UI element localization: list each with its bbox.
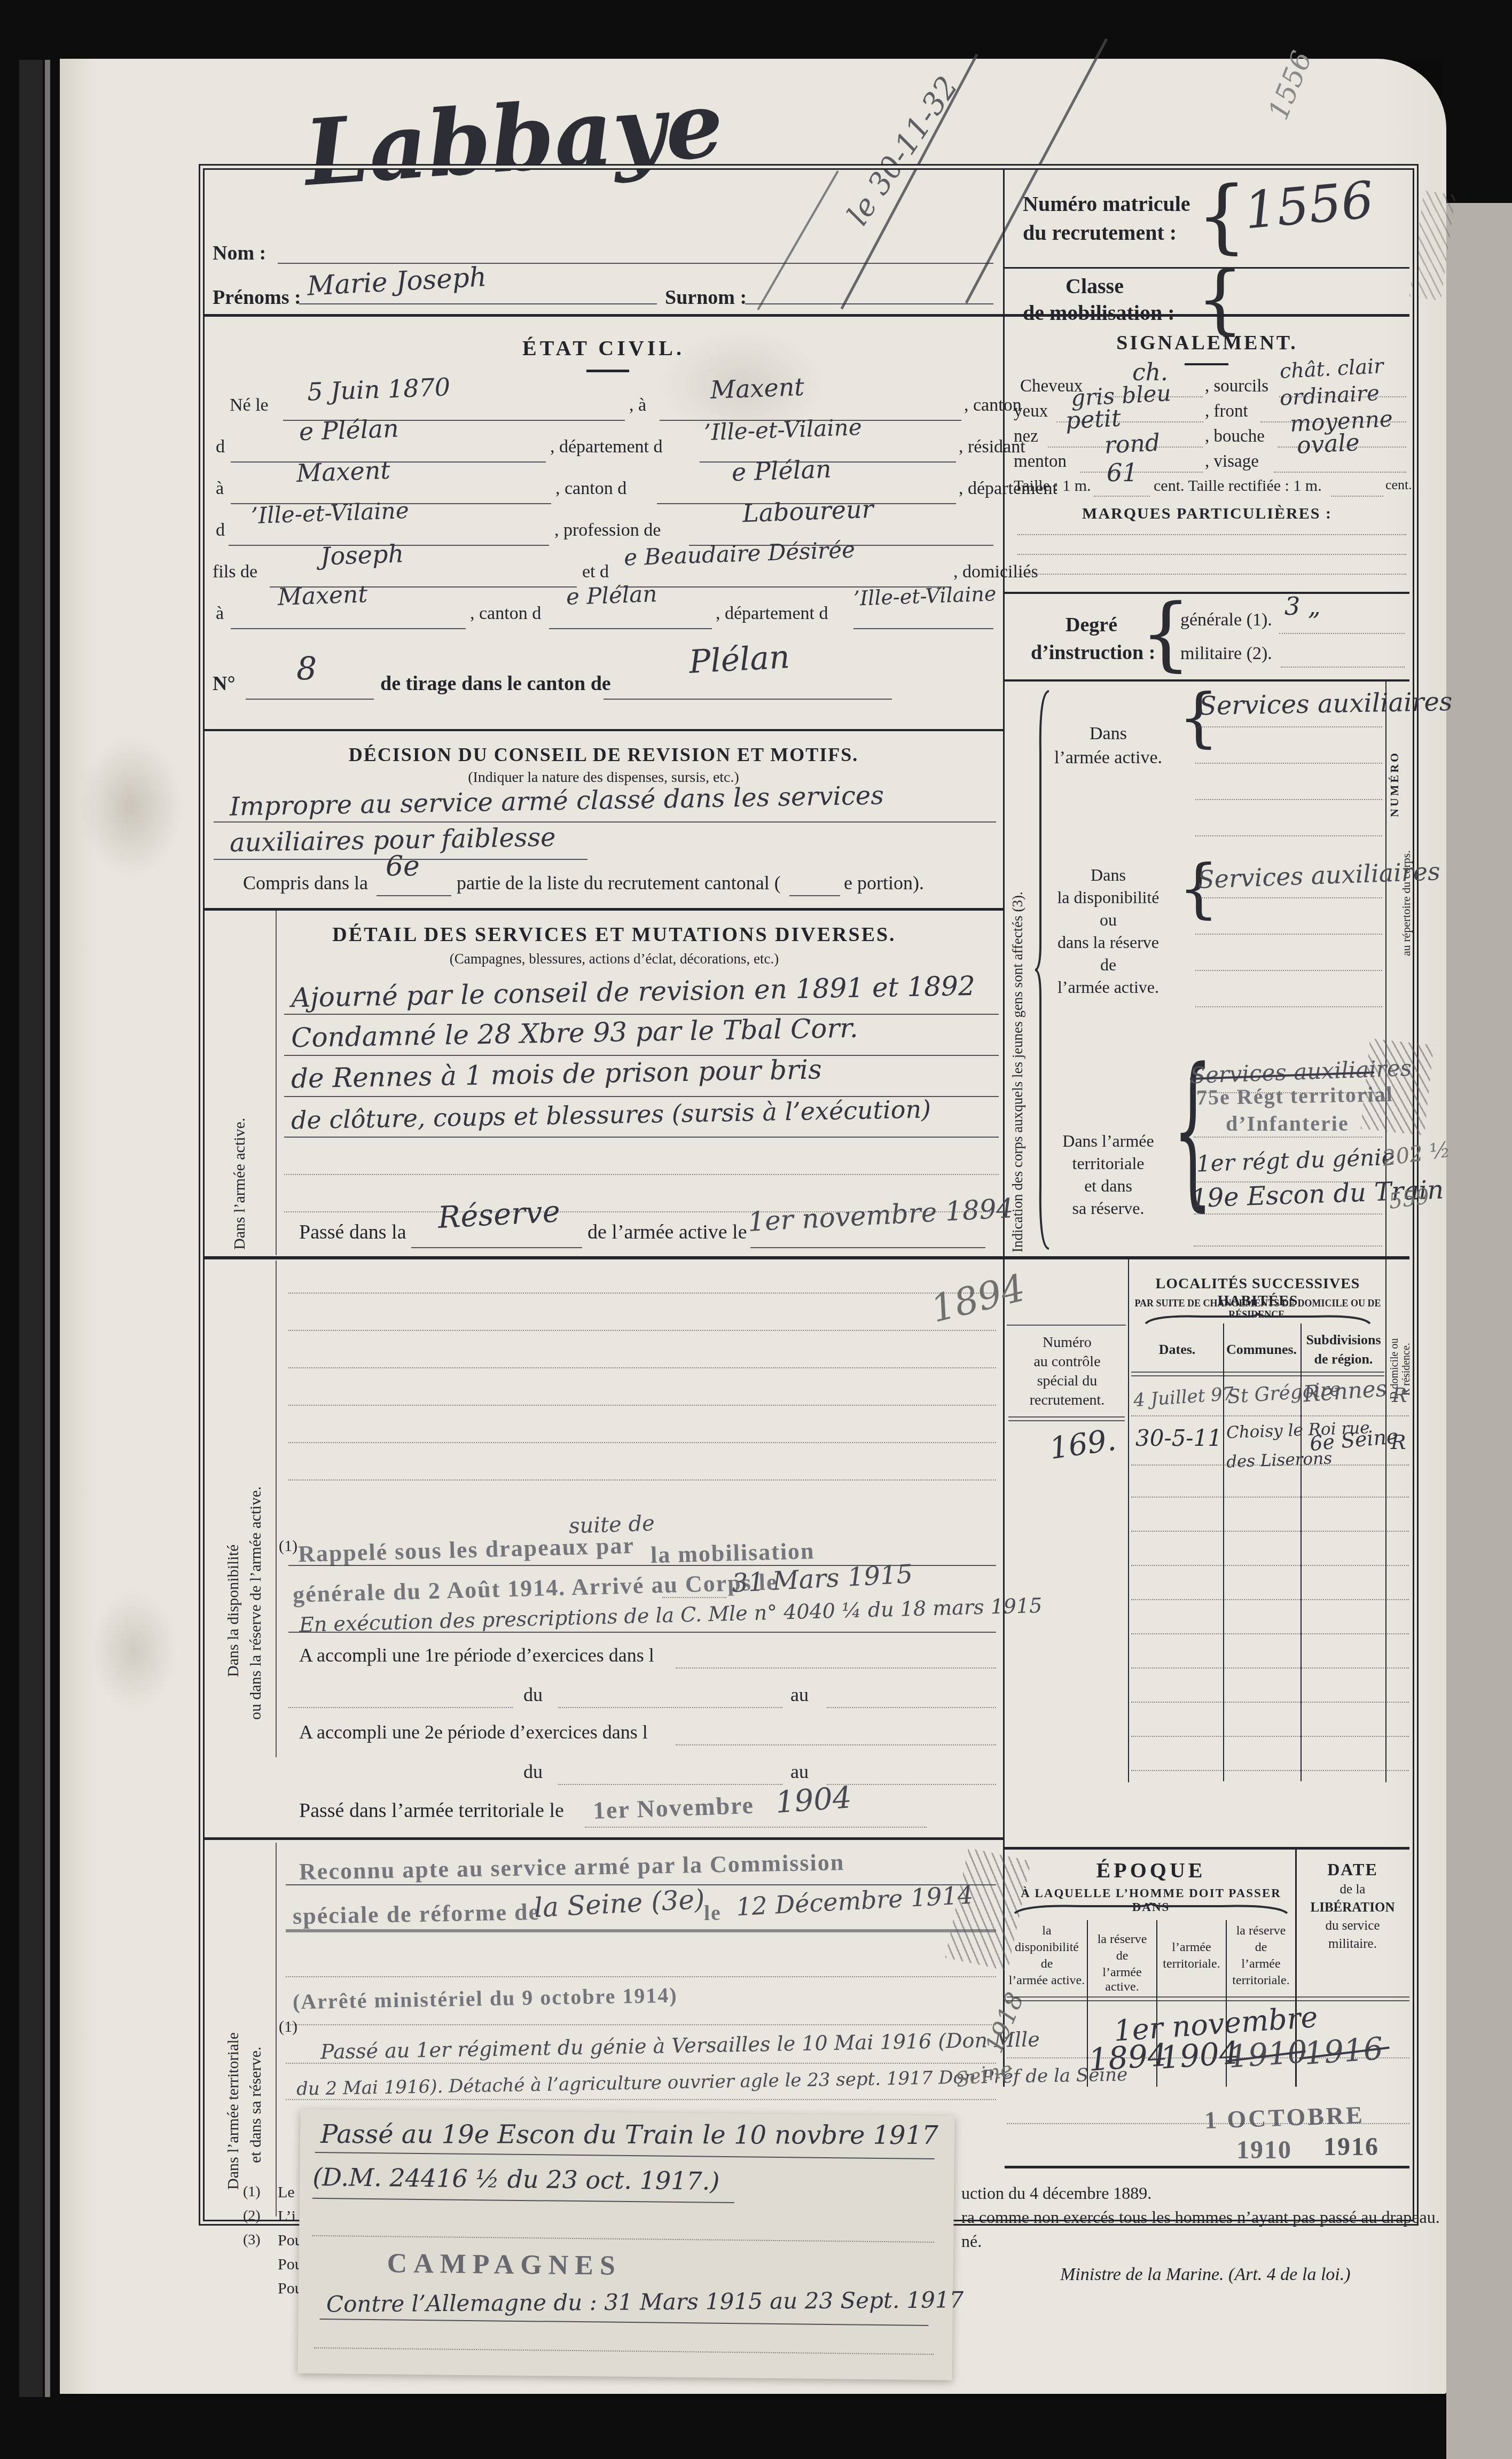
field-line [585,1827,927,1828]
ec-r6-value2: e Plélan [566,581,657,610]
scan-bottom-black-band [0,2397,1512,2459]
passe-reserve-label-2: de l’armée active le [587,1220,747,1244]
slip-campagne-line: Contre l’Allemagne du : 31 Mars 1915 au … [326,2286,964,2317]
classe-brace: { [1196,266,1244,333]
ec-r5-label: fils de [213,562,257,582]
field-line [284,1055,999,1056]
blank-line [284,1174,999,1175]
front-value: ordinaire [1279,381,1380,411]
row-line [1007,2057,1409,2058]
localites-row1-dr: R [1392,1383,1407,1407]
epoque-bottom-rule [1005,2166,1409,2168]
passe-reserve-label-1: Passé dans la [299,1220,406,1244]
menton-value: rond [1104,429,1161,459]
field-line [286,2099,996,2100]
epoque-col4-label-3: l’armée [1227,1957,1295,1971]
reconnu-stamp-2: spéciale de réforme de [293,1898,540,1930]
footer-fragment-2: ra comme non exercés tous les hommes n’a… [961,2207,1440,2227]
section-rule [205,908,1003,911]
blank-line [1195,1006,1382,1007]
signalement-title: SIGNALEMENT. [1100,331,1314,355]
section-rule [205,1837,1003,1840]
dr-sidebar-label-2: R résidence. [1400,1275,1413,1396]
tirage-text: de tirage dans le canton de [380,672,611,695]
row-line [1007,2123,1409,2124]
blank-line [1195,835,1382,836]
controle-label-1: Numéro [1008,1334,1126,1351]
decision-title: DÉCISION DU CONSEIL DE REVISION ET MOTIF… [267,743,940,766]
field-line [558,1784,782,1785]
blank-line [288,1479,996,1481]
corps-b1-label-1: Dans [1044,724,1172,744]
field-line [312,2198,734,2203]
field-line [286,2063,996,2064]
nom-label: Nom : [213,241,266,265]
matricule-value: 1556 [1242,171,1376,241]
field-line [1195,897,1382,898]
numero-strip-divider [1385,679,1386,1782]
field-line [853,628,993,629]
footer-fragment-3: né. [961,2231,982,2251]
footnote-1-text: Le [278,2183,295,2202]
epoque-date-label-3: LIBÉRATION [1298,1900,1407,1915]
slip-train-line1: Passé au 19e Escon du Train le 10 novbre… [320,2119,938,2150]
matricule-label: Numéro matricule [1023,191,1190,216]
row-line [1131,1497,1409,1498]
row-line [1131,1531,1409,1532]
corps-b1-value: Services auxiliaires [1199,687,1453,721]
epoque-col1-label-3: de [1007,1957,1087,1971]
regiment-stamp-line2: d’Infanterie [1226,1111,1349,1136]
side-label-divider [276,1260,277,1757]
taille-label: Taille : 1 m. [1014,477,1091,495]
field-line [214,821,996,823]
epoque-col1-label-1: la [1007,1924,1087,1938]
epoque-col3-label-2: territoriale. [1157,1957,1226,1971]
field-line [246,699,374,700]
localites-col-subdiv-2: de région. [1302,1351,1385,1367]
corps-b3-label-3: et dans [1041,1176,1175,1196]
corps-b2-label-1: Dans [1041,865,1175,885]
dispo-side-label-1: Dans la disponibilité [224,1335,242,1677]
ec-r1-label2: , à [629,395,646,416]
services-title: DÉTAIL DES SERVICES ET MUTATIONS DIVERSE… [256,923,972,946]
scan-top-black-band [0,0,1512,60]
controle-cell-top [1007,1325,1126,1326]
row-line [1131,1633,1409,1634]
tirage-no-label: N° [213,672,236,695]
blank-line [288,1442,996,1443]
corps-b3-label-1: Dans l’armée [1041,1131,1175,1151]
paper-stain [91,1592,176,1709]
field-line [1094,496,1150,497]
compris-label-1: Compris dans la [243,872,368,894]
prenoms-label: Prénoms : [213,286,301,309]
localites-col-dates: Dates. [1132,1342,1222,1358]
ec-r3-value1: Maxent [296,456,391,488]
ec-r2-value1: e Plélan [299,414,399,446]
blank-line [1195,934,1382,935]
ec-r4-value1: ’Ille-et-Vilaine [250,497,409,529]
taille-rectifiee-label: cent. Taille rectifiée : 1 m. [1154,477,1322,495]
epoque-col4-label-1: la réserve [1227,1924,1295,1938]
epoque-value-res-territoriale: 1910 [1227,2033,1309,2075]
ec-r3-value2: e Plélan [731,455,832,487]
stamp-1916: 1916 [1323,2132,1379,2162]
periode2-au-label: au [790,1760,809,1783]
corps-b2-label-5: de [1041,955,1175,975]
field-line [676,1667,996,1669]
instruction-label-2: d’instruction : [1031,641,1155,664]
localites-col-subdiv-1: Subdivisions [1302,1332,1385,1348]
blank-line [288,1405,996,1406]
field-line [231,628,466,629]
ec-r2-label: d [216,437,225,457]
scanned-register-sheet: le 30-11-32 1556 Labbaye Nom : Prénoms :… [0,0,1512,2459]
epoque-header-rule [1007,2000,1409,2001]
localites-header-rule [1131,1375,1384,1376]
controle-label-4: recrutement. [1008,1392,1126,1409]
territoriale-footnote-marker: (1) [279,2018,297,2036]
sourcils-label: , sourcils [1205,377,1268,396]
instruction-militaire-label: militaire (2). [1180,644,1272,664]
row-line [1131,1667,1409,1669]
field-line [827,1784,996,1785]
controle-cell-divider [1128,1259,1129,1782]
header-bottom-rule [205,314,1409,317]
paper-stain [80,737,182,876]
corps-b2-label-6: l’armée active. [1041,977,1175,997]
ec-r1-value2: Maxent [710,372,805,404]
footnote-3-marker: (3) [243,2231,261,2249]
corps-b2-label-3: ou [1041,910,1175,930]
field-line [1279,633,1405,634]
epoque-top-rule [1005,1847,1409,1850]
taille-value: 61 [1107,458,1138,487]
corps-sidebar-label: Indication des corps auxquels les jeunes… [1009,686,1026,1252]
field-line [662,1597,726,1598]
row-line [1131,1702,1409,1703]
controle-double-rule [1008,1420,1125,1421]
field-line [558,1707,782,1708]
nez-label: nez [1014,427,1038,447]
blank-line [286,2024,996,2025]
matricule-label-2: du recrutement : [1023,220,1177,245]
controle-double-rule [1008,1416,1125,1418]
ec-r4-label: d [216,520,225,541]
epoque-col3-label-1: l’armée [1157,1940,1226,1955]
epoque-brace [1012,1902,1290,1915]
visage-value: ovale [1296,429,1360,459]
field-line [1195,726,1382,727]
blank-line [288,1707,513,1708]
field-line [284,1137,999,1138]
footer-fragment-1: uction du 4 décembre 1889. [961,2183,1151,2203]
periode2-label: A accompli une 2e période d’exercices da… [299,1721,648,1743]
matricule-brace: { [1196,181,1247,253]
field-line [1080,472,1203,473]
footnote-2-text: L’i [278,2207,296,2226]
ec-r6-value1: Maxent [277,581,368,611]
mobilisation-footnote-marker: (1) [279,1537,297,1555]
ec-r5-label2: et d [582,562,609,582]
field-line-smudged [286,1929,996,1932]
corps-b2-label-4: dans la réserve [1041,933,1175,952]
footnote-1-marker: (1) [243,2183,261,2200]
passe-reserve-value-1: Réserve [437,1194,561,1235]
classe-label-2: de mobilisation : [1023,300,1174,325]
localites-header-rule [1131,1372,1384,1373]
field-line [1194,1137,1382,1138]
ec-r2-value2: ’Ille-et-Vilaine [703,414,862,445]
periode1-label: A accompli une 1re période d’exercices d… [299,1644,654,1666]
field-line [789,895,840,896]
localites-col-communes: Communes. [1224,1342,1299,1358]
field-line [676,1744,996,1745]
footer-ministre-note: Ministre de la Marine. (Art. 4 de la loi… [1060,2265,1351,2285]
epoque-col4-label-4: territoriale. [1227,1974,1295,1988]
epoque-col4-label-2: de [1227,1940,1295,1955]
etat-civil-title-underline [586,370,629,372]
stamp-1910: 1910 [1236,2135,1292,2165]
ec-r5-label3: , domiciliés [953,562,1038,582]
compris-label-2: partie de la liste du recrutement canton… [457,872,781,894]
field-line [319,2319,928,2326]
tirage-canton-value: Plélan [688,638,790,681]
blank-line [1017,534,1406,535]
blank-line [1195,763,1382,764]
territoriale-side-label-1: Dans l’armée territoriale [224,1859,242,2190]
nez-value: petit [1065,404,1122,434]
services-subtitle: (Campagnes, blessures, actions d’éclat, … [256,951,972,967]
blank-line [1017,554,1406,555]
ec-r6-label: à [216,604,224,624]
epoque-date-label-4: du service [1298,1918,1407,1933]
blank-line [288,1367,996,1368]
armee-active-side-label: Dans l’armée active. [231,1036,249,1250]
field-line [288,1632,996,1633]
blank-line [1195,799,1382,800]
epoque-col1-label-2: disponibilité [1007,1940,1087,1955]
passe-territoriale-stamp: 1er Novembre [592,1791,755,1825]
epoque-col2-label-3: l’armée active. [1088,1965,1156,1994]
field-line [411,1247,582,1248]
ec-r1-label: Né le [230,395,269,416]
field-line [315,2152,935,2159]
scan-right-black-corner [1442,0,1512,224]
controle-label-2: au contrôle [1008,1353,1126,1371]
side-label-divider [276,1843,277,2217]
row-line [1131,1565,1409,1566]
epoque-col1-label-4: l’armée active. [1007,1974,1087,1988]
ec-r1-label3: , canton [964,395,1022,416]
ec-r4-label2: , profession de [554,520,661,541]
taille-cent-label: cent. [1385,477,1412,493]
blank-line [288,1330,996,1331]
section-rule [1005,592,1409,594]
side-label-divider [276,911,277,1255]
field-line [750,1247,985,1248]
blank-line [314,2347,934,2355]
ec-r6-label3: , département d [716,604,828,624]
numero-repertoire-label-2: au répertoire du corps. [1399,689,1413,956]
epoque-header-rule [1007,1996,1409,1998]
row-line [1131,1599,1409,1600]
blank-line [1017,574,1406,575]
menton-label: menton [1014,452,1067,472]
dr-sidebar-label-1: D domicile ou [1389,1271,1401,1399]
field-line [284,1014,999,1015]
marques-title: MARQUES PARTICULIÈRES : [1041,505,1373,523]
octobre-stamp: 1 OCTOBRE [1204,2101,1365,2134]
blank-line [312,2235,934,2243]
footnote-2-marker: (2) [243,2207,261,2225]
field-line [377,895,451,896]
localites-brace [1143,1313,1373,1326]
compris-label-3: e portion). [844,872,924,894]
pencil-hatch [1360,1038,1433,1135]
passe-territoriale-label: Passé dans l’armée territoriale le [299,1799,564,1822]
row-line [1131,1465,1409,1466]
row-line [1131,1770,1409,1771]
dispo-side-label-2: ou dans la réserve de l’armée active. [247,1293,265,1720]
classe-label: Classe [1066,273,1124,299]
ec-r2-label2: , département d [550,437,663,457]
periode1-du-label: du [523,1683,543,1706]
ec-r5-value1: Joseph [320,539,404,570]
field-line [1194,1213,1382,1215]
tirage-no-value: 8 [296,651,317,688]
field-line [549,628,712,629]
periode1-au-label: au [790,1683,809,1706]
passe-territoriale-value: 1904 [774,1780,853,1820]
field-line [1331,496,1383,497]
slip-train-line2: (D.M. 24416 ½ du 23 oct. 1917.) [312,2163,720,2196]
instruction-generale-label: générale (1). [1180,610,1272,630]
visage-label: , visage [1205,452,1259,472]
instruction-label-1: Degré [1066,613,1117,637]
blank-line [286,1976,996,1977]
signalement-underline [1185,363,1228,365]
corps-b3-label-2: territoriale [1041,1154,1175,1173]
ec-r6-label2: , canton d [470,604,541,624]
corps-b2-label-2: la disponibilité [1041,888,1175,907]
scan-left-page-edge [45,48,50,2414]
epoque-value-liberation: 1916 [1303,2030,1384,2072]
section-rule-heavy [205,1256,1409,1259]
nom-field-line [278,263,993,264]
field-line [604,699,892,700]
localites-row2-date: 30-5-11 [1135,1425,1222,1451]
epoque-col2-label-2: de [1088,1949,1156,1963]
field-line [1281,667,1405,668]
front-label: , front [1205,402,1248,421]
yeux-label: yeux [1014,402,1048,421]
ec-r3-label2: , canton d [555,479,626,499]
epoque-title: ÉPOQUE [1007,1858,1295,1883]
row-line [1131,1415,1409,1416]
surnom-label: Surnom : [665,286,747,309]
field-line [827,1707,996,1708]
ec-r3-label: à [216,479,224,499]
section-rule [205,729,1003,731]
bouche-label: , bouche [1205,427,1265,447]
blank-line [1194,1246,1382,1247]
mobilisation-stamp-1b: la mobilisation [650,1537,815,1569]
epoque-col2-label-1: la réserve [1088,1932,1156,1947]
localites-row2-dr: R [1391,1430,1406,1454]
territoriale-side-label-2: et dans sa réserve. [247,1885,265,2163]
ec-r6-value3: ’Ille-et-Vilaine [853,582,997,610]
field-line [1274,472,1406,473]
scan-left-gray-band [19,0,43,2459]
corps-b1-label-2: l’armée active. [1044,748,1172,768]
surnom-field-line [745,303,993,304]
instruction-generale-value: 3 „ [1284,592,1321,621]
controle-label-3: spécial du [1008,1373,1126,1390]
reconnu-stamp-le: le [704,1900,722,1925]
etat-civil-title: ÉTAT CIVIL. [443,335,764,361]
ec-r1-value1: 5 Juin 1870 [307,372,451,406]
scan-right-gray-strip [1446,203,1512,2459]
epoque-date-label-1: DATE [1298,1860,1407,1880]
pasted-slip: Passé au 19e Escon du Train le 10 novbre… [297,2109,954,2380]
periode2-du-label: du [523,1760,543,1783]
campagnes-stamp: CAMPAGNES [387,2247,622,2282]
ec-r4-value2: Laboureur [742,495,874,528]
corps-b3-label-4: sa réserve. [1041,1199,1175,1218]
blank-line [288,1293,996,1294]
blank-line [1195,970,1382,971]
row-line [1131,1736,1409,1737]
prenoms-field-line [299,303,657,304]
compris-value: 6e [386,850,420,882]
epoque-date-label-2: de la [1298,1882,1407,1897]
epoque-date-label-5: militaire. [1298,1937,1407,1952]
